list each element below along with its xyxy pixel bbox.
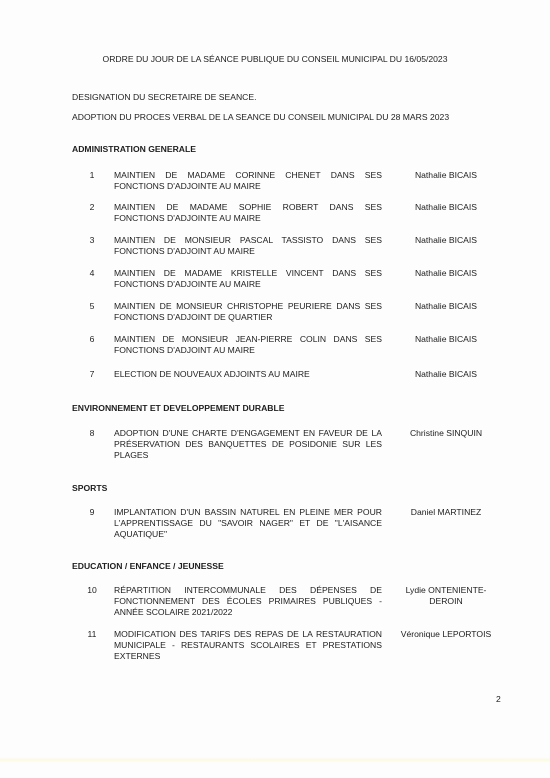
item-rapporteur: Christine SINQUIN — [396, 428, 496, 439]
section-heading: SPORTS — [72, 483, 107, 493]
item-rapporteur: Nathalie BICAIS — [396, 268, 496, 279]
item-title: MAINTIEN DE MONSIEUR PASCAL TASSISTO DAN… — [114, 235, 382, 257]
item-number: 10 — [82, 585, 102, 595]
item-title: IMPLANTATION D'UN BASSIN NATUREL EN PLEI… — [114, 507, 382, 540]
item-number: 9 — [82, 507, 102, 517]
item-title: MAINTIEN DE MONSIEUR CHRISTOPHE PEURIERE… — [114, 301, 382, 323]
item-title: MODIFICATION DES TARIFS DES REPAS DE LA … — [114, 629, 382, 662]
item-rapporteur: Nathalie BICAIS — [396, 334, 496, 345]
item-number: 11 — [82, 629, 102, 639]
scan-artifact — [0, 757, 550, 763]
page-number: 2 — [496, 694, 501, 704]
item-number: 2 — [82, 202, 102, 212]
page-title: ORDRE DU JOUR DE LA SÉANCE PUBLIQUE DU C… — [0, 54, 550, 64]
item-number: 5 — [82, 301, 102, 311]
item-number: 4 — [82, 268, 102, 278]
section-heading: ENVIRONNEMENT ET DEVELOPPEMENT DURABLE — [72, 403, 284, 413]
item-rapporteur: Nathalie BICAIS — [396, 170, 496, 181]
item-title: MAINTIEN DE MADAME KRISTELLE VINCENT DAN… — [114, 268, 382, 290]
item-rapporteur: Nathalie BICAIS — [396, 202, 496, 213]
item-rapporteur: Nathalie BICAIS — [396, 301, 496, 312]
item-rapporteur: Nathalie BICAIS — [396, 235, 496, 246]
section-heading: EDUCATION / ENFANCE / JEUNESSE — [72, 561, 224, 571]
item-title: RÉPARTITION INTERCOMMUNALE DES DÉPENSES … — [114, 585, 382, 618]
item-number: 1 — [82, 170, 102, 180]
item-title: MAINTIEN DE MONSIEUR JEAN-PIERRE COLIN D… — [114, 334, 382, 356]
intro-designation: DESIGNATION DU SECRETAIRE DE SEANCE. — [72, 92, 256, 102]
item-rapporteur: Véronique LEPORTOIS — [396, 629, 496, 640]
item-number: 7 — [82, 369, 102, 379]
item-number: 3 — [82, 235, 102, 245]
item-rapporteur: Nathalie BICAIS — [396, 369, 496, 380]
item-title: ADOPTION D'UNE CHARTE D'ENGAGEMENT EN FA… — [114, 428, 382, 461]
document-page: ORDRE DU JOUR DE LA SÉANCE PUBLIQUE DU C… — [0, 0, 550, 778]
section-heading: ADMINISTRATION GENERALE — [72, 144, 196, 154]
item-number: 8 — [82, 428, 102, 438]
item-title: MAINTIEN DE MADAME SOPHIE ROBERT DANS SE… — [114, 202, 382, 224]
item-title: ELECTION DE NOUVEAUX ADJOINTS AU MAIRE — [114, 369, 382, 380]
item-rapporteur: Lydie ONTENIENTE-DEROIN — [396, 585, 496, 607]
item-rapporteur: Daniel MARTINEZ — [396, 507, 496, 518]
item-number: 6 — [82, 334, 102, 344]
intro-adoption-pv: ADOPTION DU PROCES VERBAL DE LA SEANCE D… — [72, 112, 449, 122]
item-title: MAINTIEN DE MADAME CORINNE CHENET DANS S… — [114, 170, 382, 192]
